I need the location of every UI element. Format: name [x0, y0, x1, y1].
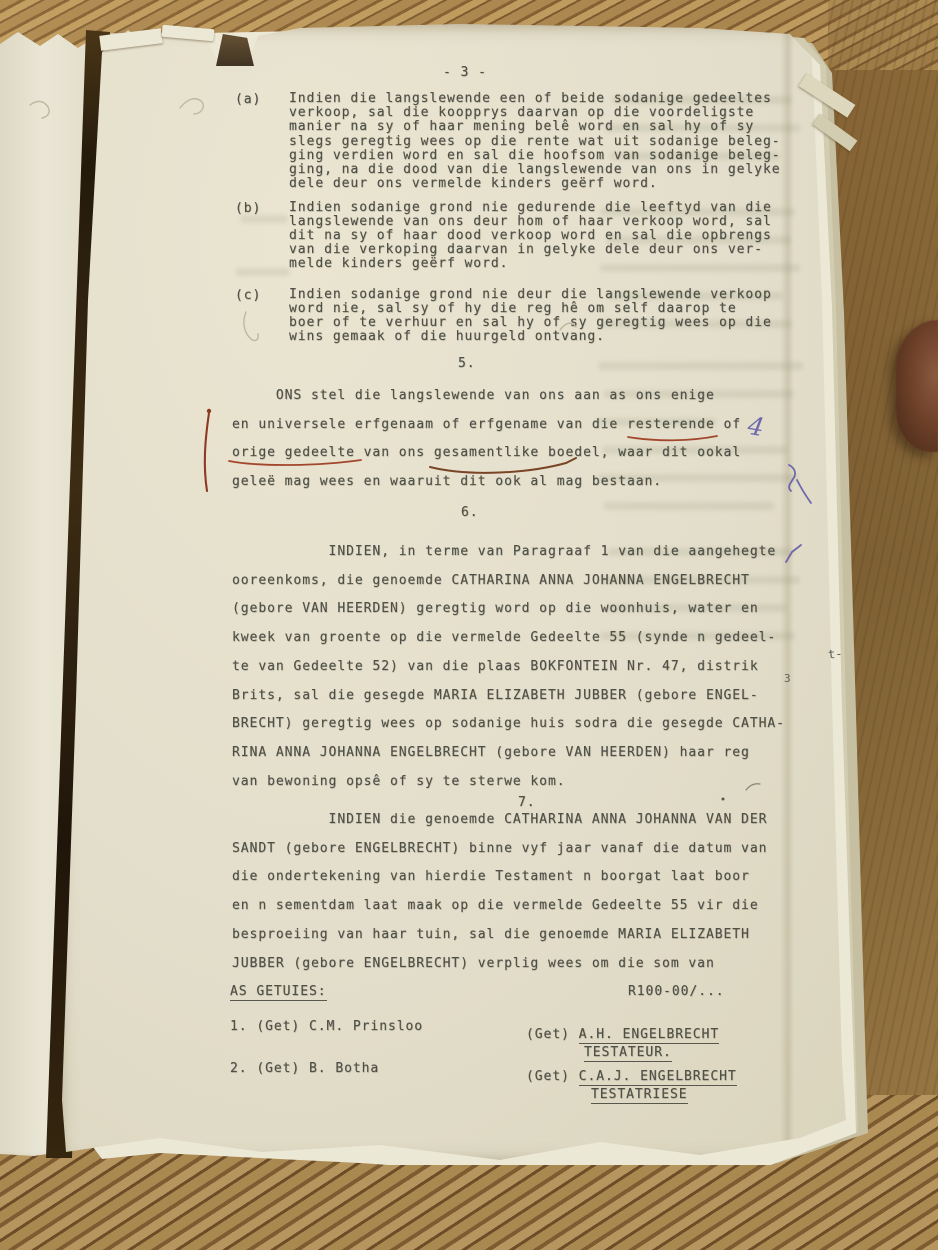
typed-line: ooreenkoms, die genoemde CATHARINA ANNA …	[232, 567, 785, 596]
witnesses-heading: AS GETUIES:	[230, 984, 327, 999]
signature-1-role-text: TESTATEUR.	[584, 1045, 672, 1062]
typed-line: RINA ANNA JOHANNA ENGELBRECHT (gebore VA…	[232, 739, 785, 768]
clause-c-label: (c)	[235, 288, 261, 303]
section-6-number: 6.	[461, 505, 479, 520]
amount: R100-00/...	[628, 984, 725, 999]
clause-b-text: Indien sodanige grond nie gedurende die …	[289, 201, 772, 271]
page-edge-fragment: t-	[828, 647, 843, 662]
section-5-text: ONS stel die langslewende van ons aan as…	[232, 382, 741, 497]
typed-line: Indien die langslewende een of beide sod…	[289, 92, 781, 106]
typed-line: die ondertekening van hierdie Testament …	[232, 863, 767, 892]
clause-b-label: (b)	[235, 201, 261, 216]
signature-1-prefix: (Get)	[526, 1027, 579, 1042]
signature-2-name: C.A.J. ENGELBRECHT	[579, 1069, 737, 1086]
typed-line: INDIEN die genoemde CATHARINA ANNA JOHAN…	[232, 806, 767, 835]
signature-1: (Get) A.H. ENGELBRECHT	[526, 1027, 719, 1042]
typed-line: INDIEN, in terme van Paragraaf 1 van die…	[232, 538, 785, 567]
signature-2-role: TESTATRIESE	[591, 1087, 688, 1102]
typed-line: BRECHT) geregtig wees op sodanige huis s…	[232, 710, 785, 739]
typed-line: JUBBER (gebore ENGELBRECHT) verplig wees…	[232, 950, 767, 979]
typed-line: Indien sodanige grond nie deur die langs…	[289, 288, 772, 302]
typed-line: ging, na die dood van die langslewende v…	[289, 163, 781, 177]
typed-line: boer of te verhuur en sal hy of sy gereg…	[289, 316, 772, 330]
bleed-through	[604, 502, 774, 510]
witness-2: 2. (Get) B. Botha	[230, 1061, 379, 1076]
typed-line: van bewoning opsê of sy te sterwe kom.	[232, 768, 785, 797]
signature-2: (Get) C.A.J. ENGELBRECHT	[526, 1069, 737, 1084]
signature-1-role: TESTATEUR.	[584, 1045, 672, 1060]
typed-line: wins gemaak of die huurgeld ontvang.	[289, 330, 772, 344]
typed-line: (gebore VAN HEERDEN) geregtig word op di…	[232, 595, 785, 624]
typed-line: word nie, sal sy of hy die reg hê om sel…	[289, 302, 772, 316]
witness-1: 1. (Get) C.M. Prinsloo	[230, 1019, 423, 1034]
photographed-will-page: - 3 - (a) Indien die langslewende een of…	[0, 0, 938, 1250]
section-7-text: INDIEN die genoemde CATHARINA ANNA JOHAN…	[232, 806, 767, 978]
typed-line: manier na sy of haar mening belê word en…	[289, 120, 781, 134]
section-5-number: 5.	[458, 356, 476, 371]
signature-1-name: A.H. ENGELBRECHT	[579, 1027, 719, 1044]
clause-a-label: (a)	[235, 92, 261, 107]
bleed-through	[598, 362, 803, 370]
typed-line: en universele erfgenaam of erfgename van…	[232, 411, 741, 440]
typed-line: SANDT (gebore ENGELBRECHT) binne vyf jaa…	[232, 835, 767, 864]
typed-line: ONS stel die langslewende van ons aan as…	[232, 382, 741, 411]
signature-2-role-text: TESTATRIESE	[591, 1087, 688, 1104]
page-number: - 3 -	[443, 65, 487, 80]
bleed-through	[240, 215, 288, 223]
typed-line: geleë mag wees en waaruit dit ook al mag…	[232, 468, 741, 497]
typed-line: te van Gedeelte 52) van die plaas BOKFON…	[232, 653, 785, 682]
typed-line: besproeiing van haar tuin, sal die genoe…	[232, 921, 767, 950]
typed-line: melde kinders geërf word.	[289, 257, 772, 271]
clause-c-text: Indien sodanige grond nie deur die langs…	[289, 288, 772, 344]
typed-line: Brits, sal die gesegde MARIA ELIZABETH J…	[232, 682, 785, 711]
typed-line: van die verkoping daarvan in gelyke dele…	[289, 243, 772, 257]
typed-line: slegs geregtig wees op die rente wat uit…	[289, 135, 781, 149]
typed-line: kweek van groente op die vermelde Gedeel…	[232, 624, 785, 653]
typed-line: Indien sodanige grond nie gedurende die …	[289, 201, 772, 215]
witnesses-heading-text: AS GETUIES:	[230, 984, 327, 1001]
typed-line: orige gedeelte van ons gesamentlike boed…	[232, 439, 741, 468]
typed-line: dele deur ons vermelde kinders geërf wor…	[289, 177, 781, 191]
page-edge-number: 3	[784, 672, 791, 685]
typed-line: verkoop, sal die koopprys daarvan op die…	[289, 106, 781, 120]
typed-line: ging verdien word en sal die hoofsom van…	[289, 149, 781, 163]
clause-a-text: Indien die langslewende een of beide sod…	[289, 92, 781, 191]
bleed-through	[236, 268, 290, 276]
typed-line: langslewende van ons deur hom of haar ve…	[289, 215, 772, 229]
typed-line: dit na sy of haar dood verkoop word en s…	[289, 229, 772, 243]
signature-2-prefix: (Get)	[526, 1069, 579, 1084]
section-6-text: INDIEN, in terme van Paragraaf 1 van die…	[232, 538, 785, 796]
typed-line: en n sementdam laat maak op die vermelde…	[232, 892, 767, 921]
